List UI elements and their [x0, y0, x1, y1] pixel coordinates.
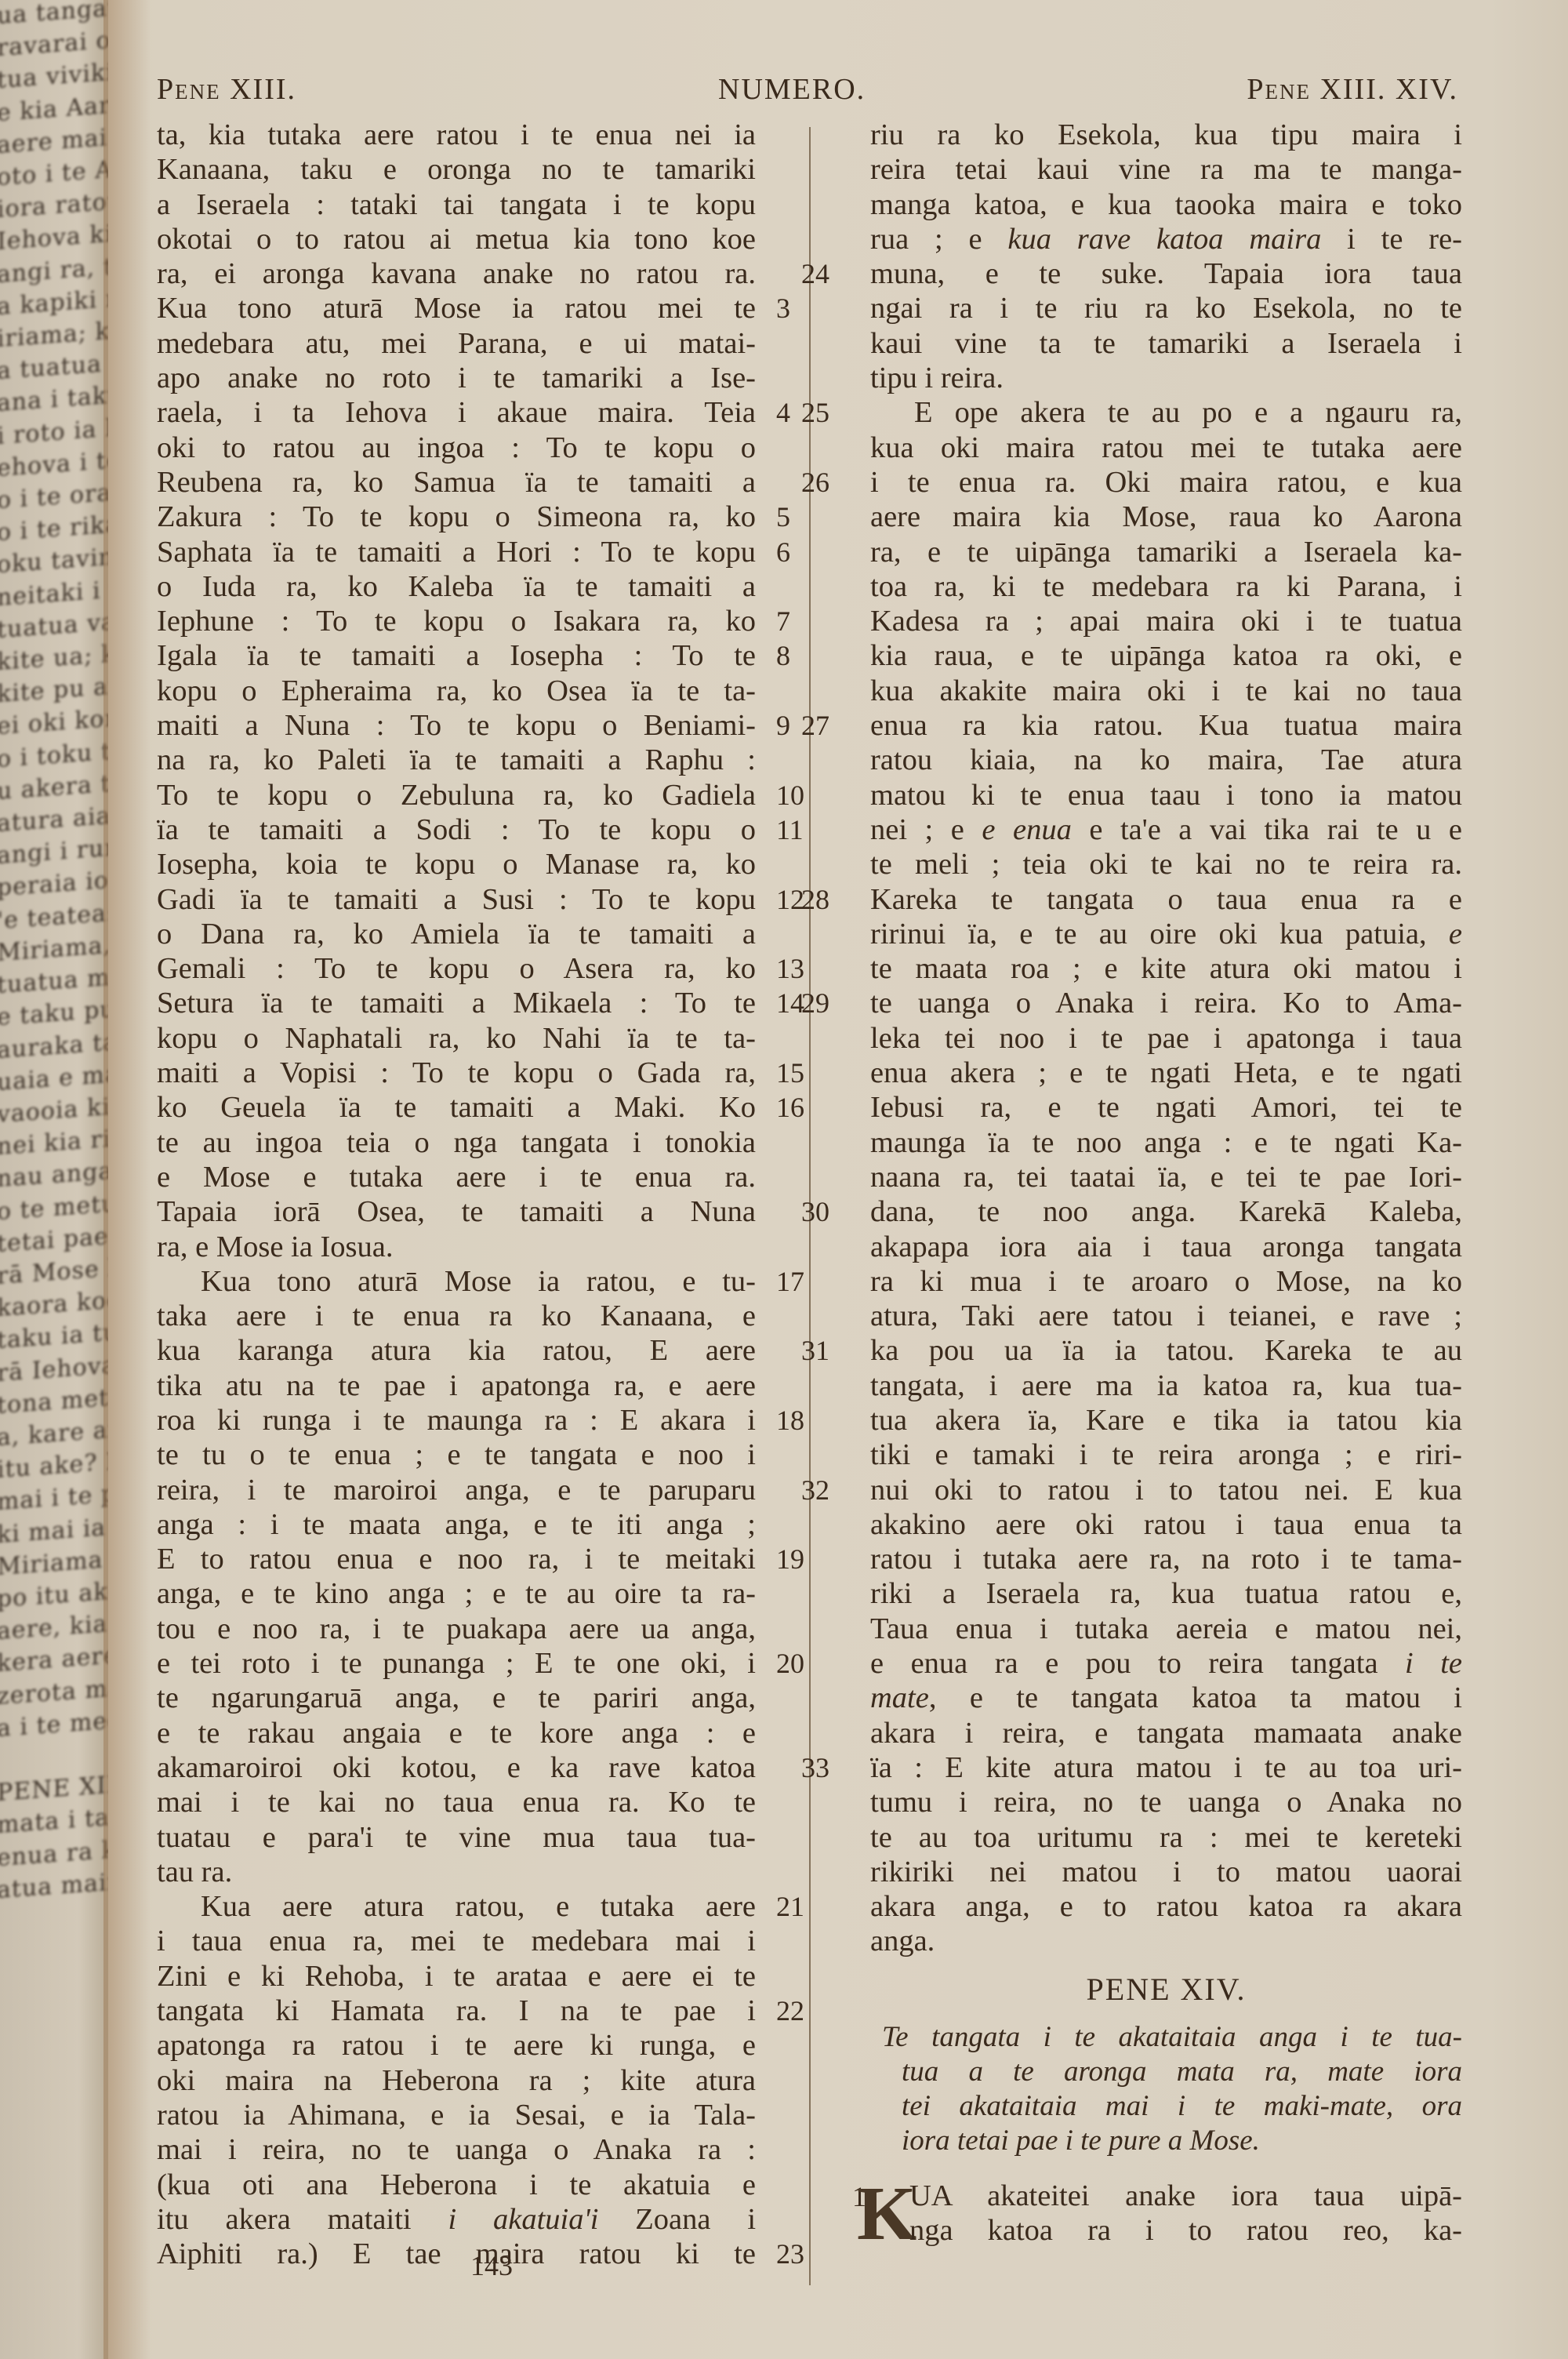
previous-page-edge: ua tangata rravarai o te atua viviki ue … [0, 0, 108, 2359]
text-line: o Dana ra, ko Amiela ïa te tamaiti a [157, 917, 756, 951]
text-line: e Mose e tutaka aere i te enua ra. [157, 1160, 756, 1194]
text-line: mate, e te tangata katoa ta matou i [870, 1681, 1462, 1715]
verse-number: 31 [801, 1333, 829, 1368]
summary-line: tua a te aronga mata ra, mate iora [882, 2055, 1462, 2089]
verse-number: 24 [801, 256, 829, 291]
text-line: manga katoa, e kua taooka maira e toko [870, 187, 1462, 222]
verse-number: 10 [776, 778, 804, 812]
text-line: Iebusi ra, e te ngati Amori, tei te [870, 1090, 1462, 1125]
text-line: ra, ei aronga kavana anake no ratou ra. [157, 256, 756, 291]
text-line: te au ingoa teia o nga tangata i tonokia [157, 1125, 756, 1160]
text-line: te meli ; teia oki te kai no te reira ra… [870, 847, 1462, 881]
text-line: nga katoa ra i to ratou reo, ka- [909, 2213, 1462, 2248]
verse-number: 9 [776, 708, 790, 743]
text-line: kua akakite maira oki i te kai no taua [870, 674, 1462, 708]
text-line: maunga ïa te noo anga : e te ngati Ka- [870, 1125, 1462, 1160]
text-line: taka aere i te enua ra ko Kanaana, e [157, 1299, 756, 1333]
text-line: ririnui ïa, e te au oire oki kua patuia,… [870, 917, 1462, 951]
text-line: rikiriki nei matou i to matou uaorai [870, 1855, 1462, 1889]
header-chapter-left: Pene XIII. [157, 72, 296, 107]
text-line: Kanaana, taku e oronga no te tamariki [157, 152, 756, 187]
verse-number: 20 [776, 1646, 804, 1681]
verse-number: 4 [776, 395, 790, 430]
text-line: kaui vine ta te tamariki a Iseraela i [870, 326, 1462, 361]
text-line: Kadesa ra ; apai maira oki i te tuatua [870, 604, 1462, 638]
text-line: Gemali : To te kopu o Asera ra, ko13 [157, 951, 756, 986]
summary-line: Te tangata i te akataitaia anga i te tua… [882, 2020, 1462, 2055]
text-line: roa ki runga i te maunga ra : E akara i1… [157, 1403, 756, 1438]
text-line: Taua enua i tutaka aereia e matou nei, [870, 1612, 1462, 1646]
text-line: i taua enua ra, mei te medebara mai i [157, 1924, 756, 1958]
text-line: Kua tono aturā Mose ia ratou mei te3 [157, 291, 756, 325]
text-line: maiti a Nuna : To te kopu o Beniami-9 [157, 708, 756, 743]
text-line: reira tetai kaui vine ra ma te manga- [870, 152, 1462, 187]
italic-text: mate [870, 1681, 929, 1714]
previous-page-text: ua tangata rravarai o te atua viviki ue … [0, 0, 107, 1906]
text-line: enua ra kia ratou. Kua tuatua maira27 [870, 708, 1462, 743]
text-line: Iephune : To te kopu o Isakara ra, ko7 [157, 604, 756, 638]
binding-gutter-shadow [103, 0, 151, 2359]
text-line: anga. [870, 1924, 1462, 1958]
text-line: akara anga, e to ratou katoa ra akara [870, 1889, 1462, 1924]
text-line: tika atu na te pae i apatonga ra, e aere [157, 1369, 756, 1403]
text-line: oki to ratou au ingoa : To te kopu o [157, 431, 756, 465]
verse-number: 17 [776, 1264, 804, 1299]
text-line: okotai o to ratou ai metua kia tono koe [157, 222, 756, 256]
chapter-first-verse: UA akateitei anake iora taua uipā-nga ka… [909, 2179, 1462, 2248]
text-line: ra, e te uipānga tamariki a Iseraela ka- [870, 535, 1462, 569]
text-line: tiki e tamaki i te reira aronga ; e riri… [870, 1438, 1462, 1472]
text-line: Zakura : To te kopu o Simeona ra, ko5 [157, 500, 756, 534]
text-line: Setura ïa te tamaiti a Mikaela : To te14 [157, 986, 756, 1020]
text-line: toa ra, ki te medebara ra ki Parana, i [870, 569, 1462, 604]
text-line: ra ki mua i te aroaro o Mose, na ko [870, 1264, 1462, 1299]
verse-number: 6 [776, 535, 790, 569]
italic-text: kua rave katoa maira [1007, 223, 1321, 256]
text-line: kopu o Epheraima ra, ko Osea ïa te ta- [157, 674, 756, 708]
text-line: enua akera ; e te ngati Heta, e te ngati [870, 1056, 1462, 1090]
left-text-column: ta, kia tutaka aere ratou i te enua nei … [157, 118, 756, 2271]
text-line: i te enua ra. Oki maira ratou, e kua26 [870, 465, 1462, 500]
verse-number: 13 [776, 951, 804, 986]
text-line: apatonga ra ratou i te aere ki runga, e [157, 2028, 756, 2063]
text-line: naana ra, tei taatai ïa, e tei te pae Io… [870, 1160, 1462, 1194]
text-line: anga : i te maata anga, e te iti anga ; [157, 1507, 756, 1542]
text-line: Reubena ra, ko Samua ïa te tamaiti a [157, 465, 756, 500]
text-line: nei ; e e enua e ta'e a vai tika rai te … [870, 812, 1462, 847]
text-line: kua oki maira ratou mei te tutaka aere [870, 431, 1462, 465]
verse-number: 26 [801, 465, 829, 500]
verse-number: 30 [801, 1194, 829, 1229]
verse-number: 33 [801, 1750, 829, 1785]
text-line: mai i reira, no te uanga o Anaka ra : [157, 2132, 756, 2167]
text-line: dana, te noo anga. Karekā Kaleba,30 [870, 1194, 1462, 1229]
text-line: tua akera ïa, Kare e tika ia tatou kia [870, 1403, 1462, 1438]
text-line: te maata roa ; e kite atura oki matou i [870, 951, 1462, 986]
text-line: E to ratou enua e noo ra, i te meitaki19 [157, 1542, 756, 1576]
verse-number: 22 [776, 1994, 804, 2028]
verse-number: 7 [776, 604, 790, 638]
text-line: muna, e te suke. Tapaia iora taua24 [870, 256, 1462, 291]
verse-number: 3 [776, 291, 790, 325]
text-line: raela, i ta Iehova i akaue maira. Teia4 [157, 395, 756, 430]
header-book-title: NUMERO. [718, 72, 866, 107]
verse-number: 23 [776, 2237, 804, 2271]
text-line: tuatau e para'i te vine mua taua tua- [157, 1820, 756, 1855]
text-line: atura, Taki aere tatou i teianei, e rave… [870, 1299, 1462, 1333]
verse-number: 12 [776, 882, 804, 917]
text-line: tangata, i aere ma ia katoa ra, kua tua- [870, 1369, 1462, 1403]
text-line: Igala ïa te tamaiti a Iosepha : To te8 [157, 638, 756, 673]
italic-text: e [1449, 918, 1462, 951]
text-line: (kua oti ana Heberona i te akatuia e [157, 2168, 756, 2202]
text-line: Aiphiti ra.) E tae maira ratou ki te23 [157, 2237, 756, 2271]
header-chapter-right: Pene XIII. XIV. [1247, 72, 1458, 107]
verse-number: 8 [776, 638, 790, 673]
text-line: ngai ra i te riu ra ko Esekola, no te [870, 291, 1462, 325]
text-line: nui oki to ratou i to tatou nei. E kua32 [870, 1473, 1462, 1507]
text-line: Gadi ïa te tamaiti a Susi : To te kopu12 [157, 882, 756, 917]
text-line: Tapaia iorā Osea, te tamaiti a Nuna [157, 1194, 756, 1229]
text-line: e tei roto i te punanga ; E te one oki, … [157, 1646, 756, 1681]
text-line: akara i reira, e tangata mamaata anake [870, 1716, 1462, 1750]
text-line: ra, e Mose ia Iosua. [157, 1230, 756, 1264]
text-line: ratou kiaia, na ko maira, Tae atura [870, 743, 1462, 777]
text-line: kia raua, e te uipānga katoa ra oki, e [870, 638, 1462, 673]
text-line: ratou ia Ahimana, e ia Sesai, e ia Tala- [157, 2098, 756, 2132]
text-line: Saphata ïa te tamaiti a Hori : To te kop… [157, 535, 756, 569]
previous-page-line: atua mairā Ie [0, 1866, 107, 1906]
text-line: maiti a Vopisi : To te kopu o Gada ra,15 [157, 1056, 756, 1090]
verse-number: 15 [776, 1056, 804, 1090]
verse-number: 21 [776, 1889, 804, 1924]
text-line: tou e noo ra, i te puakapa aere ua anga, [157, 1612, 756, 1646]
text-line: anga, e te kino anga ; e te au oire ta r… [157, 1576, 756, 1611]
verse-number: 28 [801, 882, 829, 917]
text-line: e te rakau angaia e te kore anga : e [157, 1716, 756, 1750]
text-line: kopu o Naphatali ra, ko Nahi ïa te ta- [157, 1021, 756, 1056]
verse-number: 5 [776, 500, 790, 534]
summary-line: iora tetai pae i te pure a Mose. [882, 2124, 1462, 2158]
verse-number: 29 [801, 986, 829, 1020]
chapter-heading: PENE XIV. [870, 1971, 1462, 2008]
text-line: To te kopu o Zebuluna ra, ko Gadiela10 [157, 778, 756, 812]
text-line: akamaroiroi oki kotou, e ka rave katoa [157, 1750, 756, 1785]
verse-number: 14 [776, 986, 804, 1020]
text-line: Kua tono aturā Mose ia ratou, e tu-17 [157, 1264, 756, 1299]
text-line: tau ra. [157, 1855, 756, 1889]
text-line: akapapa iora aia i taua aronga tangata [870, 1230, 1462, 1264]
text-line: UA akateitei anake iora taua uipā- [909, 2179, 1462, 2213]
text-line: Kua aere atura ratou, e tutaka aere21 [157, 1889, 756, 1924]
text-line: oki maira na Heberona ra ; kite atura [157, 2063, 756, 2098]
text-line: apo anake no roto i te tamariki a Ise- [157, 361, 756, 395]
text-line: tumu i reira, no te uanga o Anaka no [870, 1785, 1462, 1819]
text-line: na ra, ko Paleti ïa te tamaiti a Raphu : [157, 743, 756, 777]
text-line: tipu i reira. [870, 361, 1462, 395]
italic-text: i akatuia'i [448, 2203, 598, 2236]
book-page: ua tangata rravarai o te atua viviki ue … [0, 0, 1568, 2359]
text-line: mai i te kai no taua enua ra. Ko te [157, 1785, 756, 1819]
text-line: riki a Iseraela ra, kua tuatua ratou e, [870, 1576, 1462, 1611]
text-line: ta, kia tutaka aere ratou i te enua nei … [157, 118, 756, 152]
verse-number: 11 [776, 812, 804, 847]
text-line: e enua ra e pou to reira tangata i te [870, 1646, 1462, 1681]
verse-number: 16 [776, 1090, 804, 1125]
italic-text: e enua [982, 813, 1071, 846]
text-line: o Iuda ra, ko Kaleba ïa te tamaiti a [157, 569, 756, 604]
text-line: E ope akera te au po e a ngauru ra,25 [870, 395, 1462, 430]
chapter-summary: Te tangata i te akataitaia anga i te tua… [882, 2020, 1462, 2158]
text-line: rua ; e kua rave katoa maira i te re- [870, 222, 1462, 256]
text-line: a Iseraela : tataki tai tangata i te kop… [157, 187, 756, 222]
verse-number: 19 [776, 1542, 804, 1576]
verse-number: 25 [801, 395, 829, 430]
text-line: riu ra ko Esekola, kua tipu maira i [870, 118, 1462, 152]
text-line: ratou i tutaka aere ra, na roto i te tam… [870, 1542, 1462, 1576]
verse-number: 32 [801, 1473, 829, 1507]
text-line: matou ki te enua taau i tono ia matou [870, 778, 1462, 812]
text-line: aere maira kia Mose, raua ko Aarona [870, 500, 1462, 534]
text-line: te uanga o Anaka i reira. Ko to Ama-29 [870, 986, 1462, 1020]
text-line: ko Geuela ïa te tamaiti a Maki. Ko16 [157, 1090, 756, 1125]
text-line: medebara atu, mei Parana, e ui matai- [157, 326, 756, 361]
text-line: te tu o te enua ; e te tangata e noo i [157, 1438, 756, 1472]
text-line: tangata ki Hamata ra. I na te pae i22 [157, 1994, 756, 2028]
text-line: Zini e ki Rehoba, i te arataa e aere ei … [157, 1959, 756, 1994]
italic-text: i te [1405, 1647, 1462, 1680]
text-line: Kareka te tangata o taua enua ra e28 [870, 882, 1462, 917]
text-line: ïa te tamaiti a Sodi : To te kopu o11 [157, 812, 756, 847]
page-number: 143 [470, 2249, 513, 2282]
text-line: Iosepha, koia te kopu o Manase ra, ko [157, 847, 756, 881]
text-line: reira, i te maroiroi anga, e te paruparu [157, 1473, 756, 1507]
text-line: leka tei noo i te pae i apatonga i taua [870, 1021, 1462, 1056]
drop-cap-letter: K [857, 2179, 916, 2249]
text-line: te ngarungaruā anga, e te pariri anga, [157, 1681, 756, 1715]
text-line: ïa : E kite atura matou i te au toa uri-… [870, 1750, 1462, 1785]
text-line: te au toa uritumu ra : mei te kereteki [870, 1820, 1462, 1855]
summary-line: tei akataitaia mai i te maki-mate, ora [882, 2089, 1462, 2124]
text-line: kua karanga atura kia ratou, E aere [157, 1333, 756, 1368]
verse-number: 18 [776, 1403, 804, 1438]
running-header: Pene XIII. NUMERO. Pene XIII. XIV. [157, 72, 1458, 111]
verse-number: 27 [801, 708, 829, 743]
text-line: itu akera mataiti i akatuia'i Zoana i [157, 2202, 756, 2237]
right-text-column: riu ra ko Esekola, kua tipu maira ireira… [870, 118, 1462, 1959]
text-line: akakino aere oki ratou i taua enua ta [870, 1507, 1462, 1542]
text-line: ka pou ua ïa ia tatou. Kareka te au31 [870, 1333, 1462, 1368]
